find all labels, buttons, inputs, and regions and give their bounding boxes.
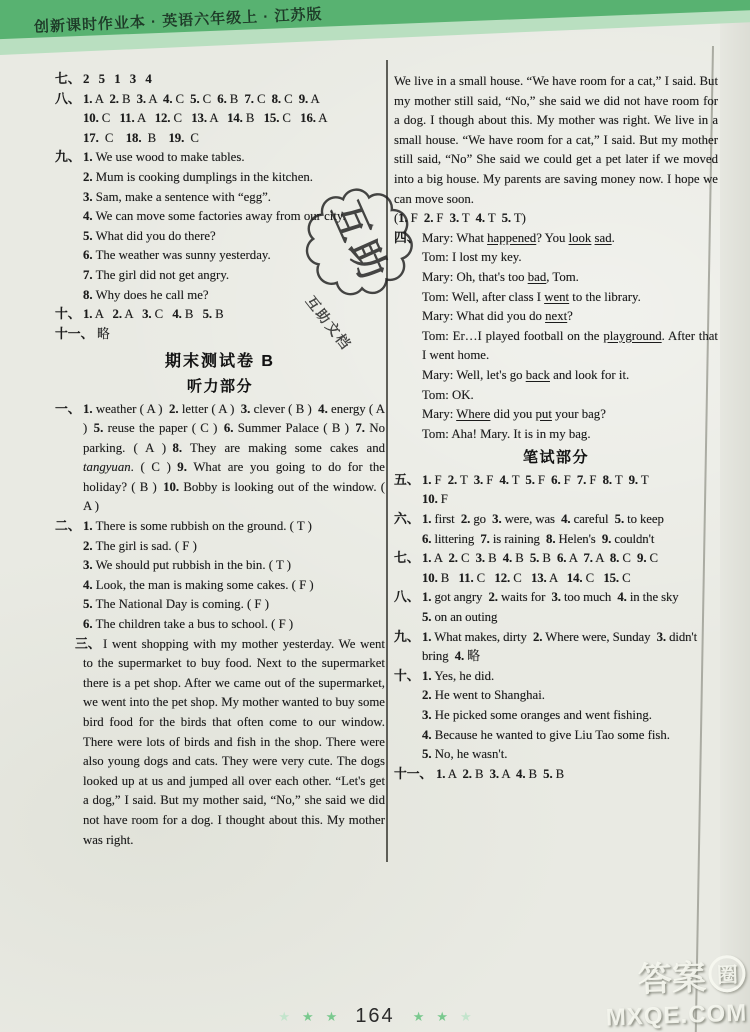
section-label: 一、 [55, 400, 81, 420]
answer-text: Tom: I lost my key. [422, 250, 522, 264]
section-label: 八、 [394, 588, 419, 608]
answer-text: We live in a small house. “We have room … [394, 74, 718, 206]
section-label: 六、 [394, 510, 419, 530]
answer-text: 5. The National Day is coming. ( F ) [83, 597, 269, 611]
answer-text: Mary: What did you do next? [422, 309, 573, 323]
answer-text: 5. What did you do there? [83, 229, 216, 243]
star-icon: ★ [436, 1010, 448, 1023]
answer-text: 2. The girl is sad. ( F ) [83, 539, 197, 553]
answer-line: 5. What did you do there? [83, 227, 385, 247]
answer-line: Tom: Well, after class I went to the lib… [422, 288, 718, 308]
answer-section-row: 九、1. We use wood to make tables. [55, 148, 385, 168]
section-label: 十、 [55, 305, 80, 325]
answer-section-row: 三、I went shopping with my mother yesterd… [55, 635, 385, 851]
answer-site-watermark: 答案 圈 MXQE.COM [603, 949, 747, 1032]
answer-text: 4. Because he wanted to give Liu Tao som… [422, 728, 670, 742]
section-label: 五、 [394, 471, 419, 491]
page-right-edge [720, 0, 750, 1032]
watermark-domain: MXQE.COM [605, 1000, 747, 1032]
answer-line: Tom: Aha! Mary. It is in my bag. [422, 425, 718, 445]
answer-text: 1. What makes, dirty 2. Where were, Sund… [422, 630, 697, 664]
watermark-brand-text: 答案 [637, 950, 707, 1001]
section-label: 九、 [55, 148, 81, 168]
answer-line: 8. Why does he call me? [83, 286, 385, 306]
section-label: 八、 [55, 90, 80, 110]
answer-section-row: 一、1. weather ( A ) 2. letter ( A ) 3. cl… [55, 400, 385, 518]
answer-text: Mary: Oh, that's too bad, Tom. [422, 270, 579, 284]
answer-line: We live in a small house. “We have room … [394, 72, 718, 209]
section-label: 二、 [55, 517, 81, 537]
answer-line: Mary: Well, let's go back and look for i… [422, 366, 718, 386]
answer-text: 4. We can move some factories away from … [83, 209, 346, 223]
watermark-brand: 答案 圈 [603, 949, 746, 1003]
star-icon: ★ [460, 1010, 472, 1023]
answer-text: 1. weather ( A ) 2. letter ( A ) 3. clev… [83, 402, 385, 514]
answer-text: 1. first 2. go 3. were, was 4. careful 5… [422, 512, 664, 546]
answer-text: 听力部分 [187, 378, 253, 395]
answer-text: 3. We should put rubbish in the bin. ( T… [83, 558, 291, 572]
answer-text: (1. F 2. F 3. T 4. T 5. T) [394, 211, 526, 225]
answer-text: 2 5 1 3 4 [83, 72, 152, 86]
answer-section-row: 七、1. A 2. C 3. B 4. B 5. B 6. A 7. A 8. … [394, 549, 718, 588]
answer-line: 4. We can move some factories away from … [83, 207, 385, 227]
answer-line: 5. No, he wasn't. [422, 745, 718, 765]
answer-text: 1. We use wood to make tables. [83, 150, 245, 164]
answer-text: 期末测试卷 B [165, 353, 275, 370]
answer-line: 笔试部分 [394, 448, 718, 468]
answer-text: 2. Mum is cooking dumplings in the kitch… [83, 170, 313, 184]
answer-text: 1. There is some rubbish on the ground. … [83, 519, 312, 533]
answer-text: 2. He went to Shanghai. [422, 688, 545, 702]
answer-text: 6. The children take a bus to school. ( … [83, 617, 293, 631]
answer-text: Tom: Aha! Mary. It is in my bag. [422, 427, 591, 441]
answer-line: 5. The National Day is coming. ( F ) [83, 595, 385, 615]
answer-text: 1. A 2. B 3. A 4. B 5. B [436, 767, 564, 781]
section-label: 十一、 [394, 765, 432, 785]
answers-column-left: 七、2 5 1 3 4八、1. A 2. B 3. A 4. C 5. C 6.… [55, 70, 385, 850]
column-divider-line [386, 60, 388, 862]
answer-line: Tom: Er…I played football on the playgro… [422, 327, 718, 366]
answer-line: Mary: Where did you put your bag? [422, 405, 718, 425]
answer-text: Tom: OK. [422, 388, 474, 402]
answer-line: 期末测试卷 B [55, 352, 385, 372]
answer-text: Mary: Well, let's go back and look for i… [422, 368, 629, 382]
answer-section-row: 八、1. A 2. B 3. A 4. C 5. C 6. B 7. C 8. … [55, 90, 385, 149]
section-label: 九、 [394, 628, 419, 648]
answer-section-row: 九、1. What makes, dirty 2. Where were, Su… [394, 628, 718, 667]
answer-section-row: 十、1. A 2. A 3. C 4. B 5. B [55, 305, 385, 325]
answer-line: 6. The weather was sunny yesterday. [83, 246, 385, 266]
answer-line: Mary: What did you do next? [422, 307, 718, 327]
answer-text: 8. Why does he call me? [83, 288, 209, 302]
answer-line: 3. We should put rubbish in the bin. ( T… [83, 556, 385, 576]
answer-line: 6. The children take a bus to school. ( … [83, 615, 385, 635]
answer-line: 3. He picked some oranges and went fishi… [422, 706, 718, 726]
page-number: 164 [355, 1005, 394, 1028]
answer-line: 4. Because he wanted to give Liu Tao som… [422, 726, 718, 746]
answer-text: I went shopping with my mother yesterday… [83, 637, 385, 847]
answer-line: 听力部分 [55, 377, 385, 397]
section-label: 十一、 [55, 325, 93, 345]
answer-section-row: 十、1. Yes, he did. [394, 667, 718, 687]
answer-text: 4. Look, the man is making some cakes. (… [83, 578, 314, 592]
answer-text: 5. No, he wasn't. [422, 747, 508, 761]
answer-text: 1. A 2. B 3. A 4. C 5. C 6. B 7. C 8. C … [83, 92, 327, 145]
answer-line: 2. The girl is sad. ( F ) [83, 537, 385, 557]
answer-text: 1. F 2. T 3. F 4. T 5. F 6. F 7. F 8. T … [422, 473, 649, 507]
scanned-answer-page: 创新课时作业本 · 英语六年级上 · 江苏版 七、2 5 1 3 4八、1. A… [0, 0, 750, 1032]
answer-section-row: 十一、略 [55, 325, 385, 345]
answer-text: Mary: What happened? You look sad. [422, 231, 615, 245]
answer-line: Tom: OK. [422, 386, 718, 406]
answer-text: Mary: Where did you put your bag? [422, 407, 606, 421]
answer-section-row: 七、2 5 1 3 4 [55, 70, 385, 90]
answer-section-row: 八、1. got angry 2. waits for 3. too much … [394, 588, 718, 627]
answer-line: 2. Mum is cooking dumplings in the kitch… [83, 168, 385, 188]
answer-text: 3. Sam, make a sentence with “egg”. [83, 190, 271, 204]
answer-section-row: 五、1. F 2. T 3. F 4. T 5. F 6. F 7. F 8. … [394, 471, 718, 510]
answer-line: Tom: I lost my key. [422, 248, 718, 268]
answer-section-row: 六、1. first 2. go 3. were, was 4. careful… [394, 510, 718, 549]
star-icon: ★ [413, 1010, 425, 1023]
answer-text: 7. The girl did not get angry. [83, 268, 229, 282]
answer-line: Mary: Oh, that's too bad, Tom. [422, 268, 718, 288]
section-label: 三、 [55, 635, 101, 655]
answer-text: Tom: Well, after class I went to the lib… [422, 290, 641, 304]
answer-text: 1. Yes, he did. [422, 669, 494, 683]
answer-text: 6. The weather was sunny yesterday. [83, 248, 271, 262]
section-label: 十、 [394, 667, 420, 687]
section-label: 四、 [394, 229, 420, 249]
star-icon: ★ [326, 1010, 338, 1023]
star-icon: ★ [278, 1010, 290, 1023]
answer-text: Tom: Er…I played football on the playgro… [422, 329, 718, 363]
answer-section-row: 二、1. There is some rubbish on the ground… [55, 517, 385, 537]
star-icon: ★ [302, 1010, 314, 1023]
answer-line: (1. F 2. F 3. T 4. T 5. T) [394, 209, 718, 229]
answer-line: 7. The girl did not get angry. [83, 266, 385, 286]
answers-column-right: We live in a small house. “We have room … [394, 72, 718, 784]
answer-line: 3. Sam, make a sentence with “egg”. [83, 188, 385, 208]
answer-line: 2. He went to Shanghai. [422, 686, 718, 706]
answer-line: 4. Look, the man is making some cakes. (… [83, 576, 385, 596]
answer-text: 1. A 2. A 3. C 4. B 5. B [83, 307, 224, 321]
watermark-circle-logo: 圈 [708, 955, 746, 993]
section-label: 七、 [55, 70, 80, 90]
answer-text: 3. He picked some oranges and went fishi… [422, 708, 652, 722]
answer-text: 笔试部分 [523, 449, 589, 466]
section-label: 七、 [394, 549, 419, 569]
answer-text: 1. got angry 2. waits for 3. too much 4.… [422, 590, 679, 624]
answer-section-row: 四、Mary: What happened? You look sad. [394, 229, 718, 249]
answer-text: 1. A 2. C 3. B 4. B 5. B 6. A 7. A 8. C … [422, 551, 658, 585]
answer-text: 略 [97, 327, 110, 341]
answer-section-row: 十一、1. A 2. B 3. A 4. B 5. B [394, 765, 718, 785]
